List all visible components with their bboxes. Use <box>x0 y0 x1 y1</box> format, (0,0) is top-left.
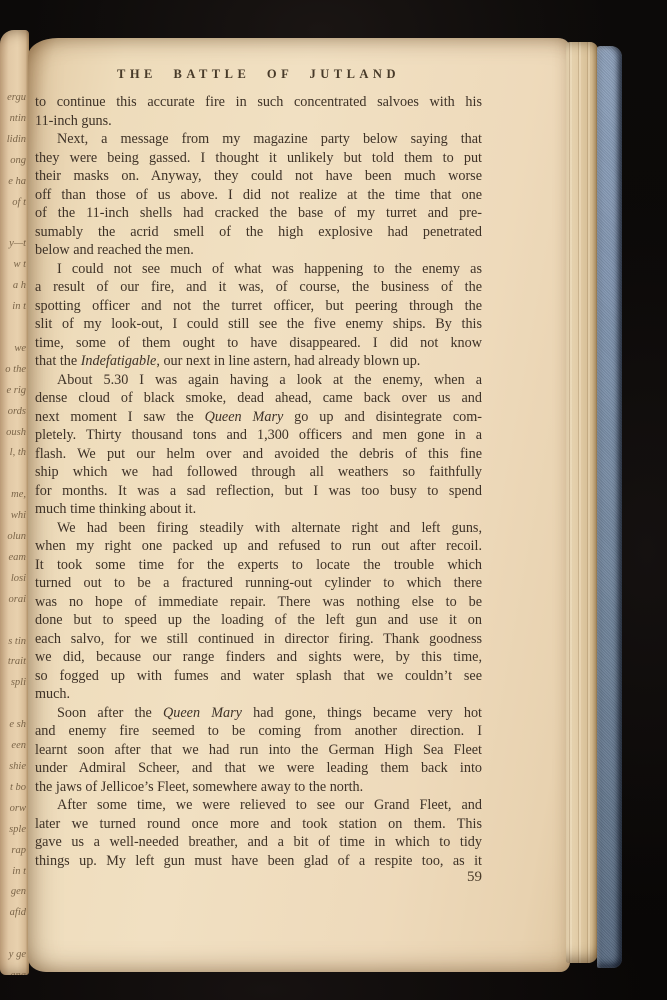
fragment-line: y—t <box>0 234 26 255</box>
text-line: slit of my look-out, I could still see t… <box>35 315 482 334</box>
body-text: to continue this accurate fire in such c… <box>35 93 482 870</box>
text-line: Next, a message from my magazine party b… <box>35 130 482 149</box>
book-page: THE BATTLE OF JUTLAND to continue this a… <box>28 38 570 972</box>
facing-page-text-fragments: erguntinlidinonge haof t y—tw ta hin t w… <box>0 88 26 975</box>
text-line: sumably the acrid smell of the high expl… <box>35 223 482 242</box>
text-line: About 5.30 I was again having a look at … <box>35 371 482 390</box>
text-line: next moment I saw the Queen Mary go up a… <box>35 408 482 427</box>
text-line: for months. It was a sad reflection, but… <box>35 482 482 501</box>
page-number: 59 <box>35 869 482 886</box>
fragment-line: oush <box>0 423 26 444</box>
text-line: a result of our fire, and it was, of cou… <box>35 278 482 297</box>
fragment-line: trait <box>0 652 26 673</box>
text-line: the jaws of Jellicoe’s Fleet, somewhere … <box>35 778 482 797</box>
text-line: that the Indefatigable, our next in line… <box>35 352 482 371</box>
text-line: turned out to be a fractured running-out… <box>35 574 482 593</box>
fragment-line: o the <box>0 360 26 381</box>
fragment-line <box>0 464 26 485</box>
text-line: pletely. Thirty thousand tons and 1,300 … <box>35 426 482 445</box>
fragment-line: y ge <box>0 945 26 966</box>
fragment-line <box>0 611 26 632</box>
fragment-line: in t <box>0 862 26 883</box>
text-line: time, some of them ought to have disappe… <box>35 334 482 353</box>
text-line: we did, because our range finders and si… <box>35 648 482 667</box>
text-line: much time thinking about it. <box>35 500 482 519</box>
running-header: THE BATTLE OF JUTLAND <box>35 67 482 82</box>
fragment-line <box>0 694 26 715</box>
fragment-line: orai <box>0 590 26 611</box>
fragment-line: t bo <box>0 778 26 799</box>
fragment-line: l, th <box>0 443 26 464</box>
fragment-line: whi <box>0 506 26 527</box>
text-line: of the 11-inch shells had cracked the ba… <box>35 204 482 223</box>
fragment-line: ntin <box>0 109 26 130</box>
text-line: things up. My left gun must have been gl… <box>35 852 482 871</box>
fragment-line: e sh <box>0 715 26 736</box>
fragment-line: a h <box>0 276 26 297</box>
fragment-line: we <box>0 339 26 360</box>
facing-page-edge: erguntinlidinonge haof t y—tw ta hin t w… <box>0 30 29 975</box>
photo-background: erguntinlidinonge haof t y—tw ta hin t w… <box>0 0 667 1000</box>
text-line: dense cloud of black smoke, dead ahead, … <box>35 389 482 408</box>
fragment-line: ana <box>0 966 26 975</box>
fragment-line: eam <box>0 548 26 569</box>
text-line: they were being gassed. I thought it unl… <box>35 149 482 168</box>
text-line: under Admiral Scheer, and that we were l… <box>35 759 482 778</box>
text-line: It took some time for the experts to loc… <box>35 556 482 575</box>
text-line: done but to speed up the loading of the … <box>35 611 482 630</box>
fragment-line: ergu <box>0 88 26 109</box>
text-line: gave us a well-needed breather, and a bi… <box>35 833 482 852</box>
text-line: off than those of us above. I did not re… <box>35 186 482 205</box>
text-line: each salvo, for we still continued in di… <box>35 630 482 649</box>
text-line: their masks on. Anyway, they could not h… <box>35 167 482 186</box>
fragment-line: ong <box>0 151 26 172</box>
book-cover-edge <box>597 46 622 968</box>
fragment-line <box>0 924 26 945</box>
text-line: flash. We put our helm over and avoided … <box>35 445 482 464</box>
fragment-line: of t <box>0 193 26 214</box>
text-line: Soon after the Queen Mary had gone, thin… <box>35 704 482 723</box>
fragment-line: me, <box>0 485 26 506</box>
text-line: below and reached the men. <box>35 241 482 260</box>
text-line: ship which we had followed through all w… <box>35 463 482 482</box>
text-line: 11-inch guns. <box>35 112 482 131</box>
text-line: and enemy fire seemed to be coming from … <box>35 722 482 741</box>
fragment-line: lidin <box>0 130 26 151</box>
fragment-line: in t <box>0 297 26 318</box>
fragment-line: s tin <box>0 632 26 653</box>
text-line: when my right one packed up and refused … <box>35 537 482 556</box>
fragment-line: e ha <box>0 172 26 193</box>
fragment-line: sple <box>0 820 26 841</box>
fragment-line: spli <box>0 673 26 694</box>
fragment-line <box>0 318 26 339</box>
text-line: spotting officer and not the turret offi… <box>35 297 482 316</box>
text-line: so fogged up with fumes and water splash… <box>35 667 482 686</box>
text-line: to continue this accurate fire in such c… <box>35 93 482 112</box>
fragment-line: orw <box>0 799 26 820</box>
fragment-line: gen <box>0 882 26 903</box>
fragment-line <box>0 213 26 234</box>
text-line: I could not see much of what was happeni… <box>35 260 482 279</box>
fragment-line: shie <box>0 757 26 778</box>
text-line: was no hope of immediate repair. There w… <box>35 593 482 612</box>
fragment-line: losi <box>0 569 26 590</box>
fragment-line: olun <box>0 527 26 548</box>
fragment-line: rap <box>0 841 26 862</box>
text-line: After some time, we were relieved to see… <box>35 796 482 815</box>
fragment-line: e rig <box>0 381 26 402</box>
fragment-line: w t <box>0 255 26 276</box>
text-line: learnt soon after that we had run into t… <box>35 741 482 760</box>
fragment-line: afid <box>0 903 26 924</box>
text-line: much. <box>35 685 482 704</box>
text-line: We had been firing steadily with alterna… <box>35 519 482 538</box>
fragment-line: een <box>0 736 26 757</box>
book-fore-edge <box>566 42 598 963</box>
fragment-line: ords <box>0 402 26 423</box>
text-line: later we turned round once more and took… <box>35 815 482 834</box>
